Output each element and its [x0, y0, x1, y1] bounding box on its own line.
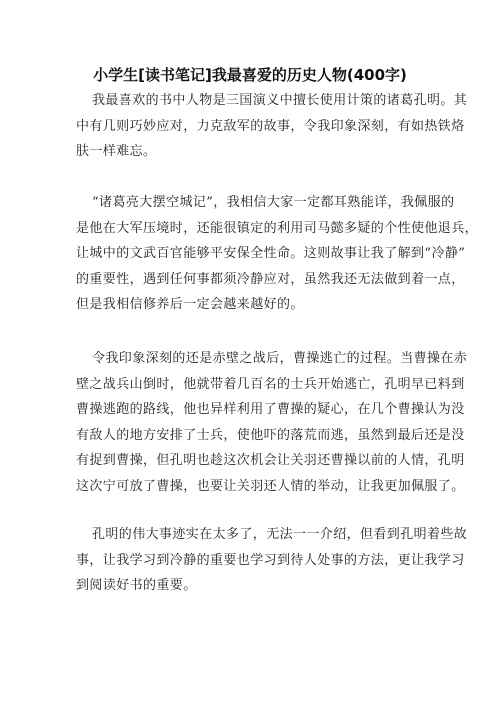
text-line: 令我印象深刻的还是赤壁之战后，曹操逃亡的过程。当曹操在赤 — [76, 346, 426, 372]
paragraph-4: 孔明的伟大事迹实在太多了，无法一一介绍，但看到孔明着些故 事，让我学习到冷静的重… — [76, 522, 426, 599]
text-line: “诸葛亮大摆空城记”，我相信大家一定都耳熟能详，我佩服的 — [76, 190, 426, 216]
text-line: 壁之战兵山倒时，他就带着几百名的士兵开始逃亡，孔明早已料到 — [76, 372, 426, 398]
paragraph-3: 令我印象深刻的还是赤壁之战后，曹操逃亡的过程。当曹操在赤 壁之战兵山倒时，他就带… — [76, 346, 426, 499]
text-line: 这次宁可放了曹操，也要让关羽还人情的举动，让我更加佩服了。 — [76, 474, 426, 500]
text-line: 事，让我学习到冷静的重要也学习到待人处事的方法，更让我学习 — [76, 548, 426, 574]
text-line: 肤一样难忘。 — [76, 139, 426, 165]
text-line: 有捉到曹操，但孔明也趁这次机会让关羽还曹操以前的人情，孔明 — [76, 448, 426, 474]
text-line: 但是我相信修养后一定会越来越好的。 — [76, 292, 426, 318]
paragraph-1: 我最喜欢的书中人物是三国演义中擅长使用计策的诸葛孔明。其 中有几则巧妙应对，力克… — [76, 88, 426, 165]
text-line: 中有几则巧妙应对，力克敌军的故事，令我印象深刻，有如热铁烙 — [76, 114, 426, 140]
text-line: 曹操逃跑的路线，他也异样利用了曹操的疑心，在几个曹操认为没 — [76, 397, 426, 423]
text-line: 是他在大军压境时，还能很镇定的利用司马懿多疑的个性使他退兵， — [76, 216, 426, 242]
text-line: 孔明的伟大事迹实在太多了，无法一一介绍，但看到孔明着些故 — [76, 522, 426, 548]
text-line: 的重要性，遇到任何事都须冷静应对，虽然我还无法做到着一点， — [76, 267, 426, 293]
document-title: 小学生[读书笔记]我最喜爱的历史人物(400字) — [0, 64, 500, 85]
text-line: 到阅读好书的重要。 — [76, 573, 426, 599]
text-line: 我最喜欢的书中人物是三国演义中擅长使用计策的诸葛孔明。其 — [76, 88, 426, 114]
text-line: 有敌人的地方安排了士兵，使他吓的落荒而逃，虽然到最后还是没 — [76, 423, 426, 449]
text-line: 让城中的文武百官能够平安保全性命。这则故事让我了解到“冷静” — [76, 241, 426, 267]
paragraph-2: “诸葛亮大摆空城记”，我相信大家一定都耳熟能详，我佩服的 是他在大军压境时，还能… — [76, 190, 426, 318]
